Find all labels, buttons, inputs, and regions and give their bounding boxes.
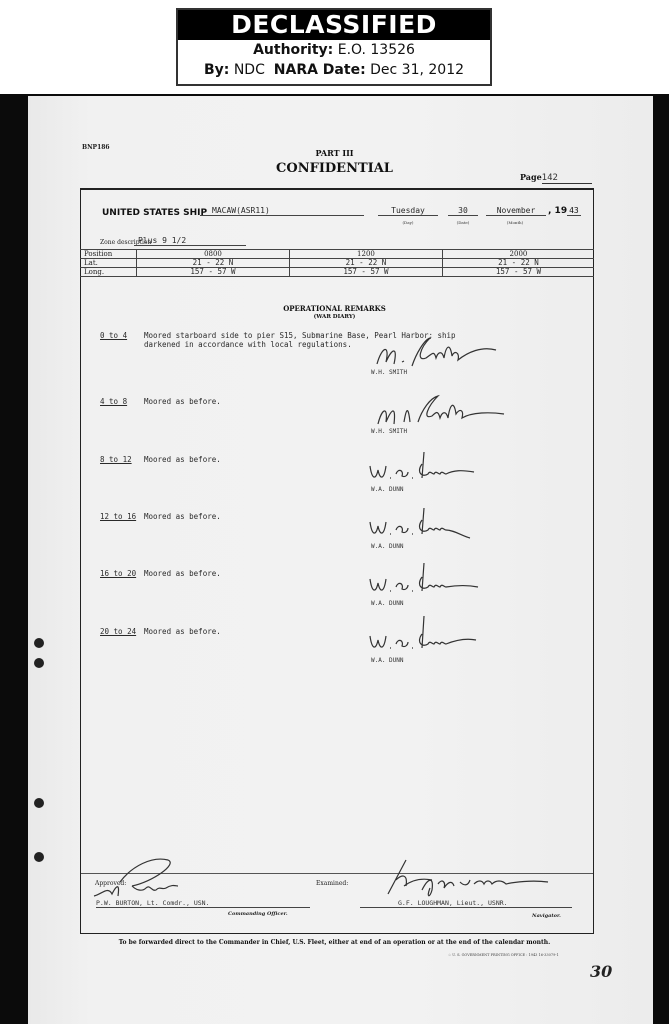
month-caption: (Month)	[500, 220, 530, 225]
navigator-signature-icon	[382, 858, 552, 898]
page-number: Page142	[520, 172, 592, 184]
commanding-officer-name: P.W. BURTON, Lt. Comdr., USN.	[96, 899, 310, 908]
signature-icon	[366, 561, 481, 597]
binding-hole-icon	[34, 852, 44, 862]
position-table: Position 0800 1200 2000 Lat. 21 - 22 N 2…	[80, 249, 594, 277]
part-heading: PART III	[0, 148, 669, 158]
binding-hole-icon	[34, 658, 44, 668]
printer-imprint: ☆ U. S. GOVERNMENT PRINTING OFFICE : 194…	[448, 953, 559, 957]
ship-name: MACAW(ASR11)	[200, 206, 364, 216]
officer-name: W.A. DUNN	[371, 600, 404, 607]
month-field: November	[486, 206, 546, 216]
co-signature-icon	[92, 856, 202, 904]
stamp-by-date: By: NDC NARA Date: Dec 31, 2012	[178, 60, 490, 80]
navigator-name: G.F. LOUGHMAN, Lieut., USNR.	[360, 899, 572, 908]
commanding-officer-title: Commanding Officer.	[228, 911, 288, 917]
ship-label: UNITED STATES SHIP	[102, 208, 207, 218]
signature-icon	[366, 506, 476, 540]
signature-icon	[366, 450, 476, 484]
stamp-title: DECLASSIFIED	[178, 10, 490, 40]
remarks-title: OPERATIONAL REMARKS	[0, 304, 669, 313]
signature-icon	[366, 614, 481, 654]
signature-icon	[372, 336, 502, 372]
date-caption: (Date)	[453, 220, 473, 225]
examined-label: Examined:	[316, 880, 348, 887]
date-field: 30	[448, 206, 478, 216]
officer-name: W.A. DUNN	[371, 543, 404, 550]
binding-hole-icon	[34, 638, 44, 648]
declassified-stamp: DECLASSIFIED Authority: E.O. 13526 By: N…	[176, 8, 492, 86]
remarks-subtitle: (WAR DIARY)	[0, 314, 669, 320]
day-caption: (Day)	[398, 220, 418, 225]
officer-name: W.A. DUNN	[371, 486, 404, 493]
stamp-authority: Authority: E.O. 13526	[178, 40, 490, 60]
day-field: Tuesday	[378, 206, 438, 216]
binding-hole-icon	[34, 798, 44, 808]
year-field: , 1943	[548, 206, 581, 216]
officer-name: W.H. SMITH	[371, 369, 407, 376]
officer-name: W.H. SMITH	[371, 428, 407, 435]
zone-value: Plus 9 1/2	[134, 236, 246, 246]
table-row: Long. 157 - 57 W 157 - 57 W 157 - 57 W	[80, 268, 594, 277]
archive-page-number: 30	[590, 962, 612, 981]
signature-icon	[372, 392, 507, 428]
officer-name: W.A. DUNN	[371, 657, 404, 664]
form-frame	[80, 188, 594, 934]
binding-strip	[28, 600, 50, 890]
navigator-title: Navigator.	[532, 913, 561, 919]
forwarding-instruction: To be forwarded direct to the Commander …	[0, 939, 669, 946]
